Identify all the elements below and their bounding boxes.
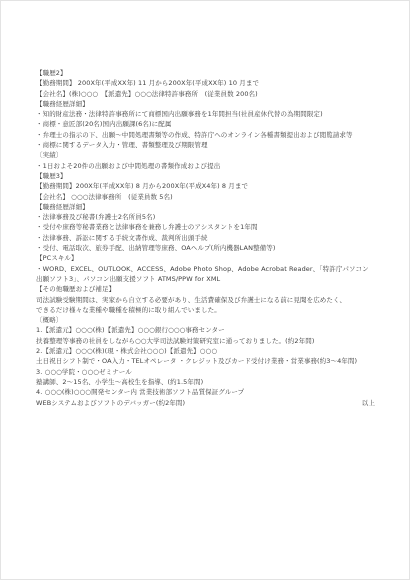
career2-result-item: ・1日およそ20件の出願および中間処理の書類作成および提出: [36, 161, 375, 171]
career3-heading: 【職歴3】: [36, 171, 375, 181]
pc-skill-body: ・WORD、EXCEL、OUTLOOK、ACCESS、Adobe Photo S…: [36, 264, 375, 285]
career3-period: 【勤務期間】200X年(平成XX年) 8 月から200X年(平成X4年) 8 月…: [36, 181, 375, 191]
other-heading: 【その他職歴および補足】: [36, 284, 375, 294]
career2-result-heading: 〔実績〕: [36, 150, 375, 160]
career3-detail-item: ・法律事務、訴訟に関する手続文書作成、裁判所出頭手続: [36, 233, 375, 243]
career3-detail-item: ・受付、電話取次、旅券手配、出納管理等庶務、OAヘルプ(所内機器LAN整備等): [36, 243, 375, 253]
outline-item-2-title: 2.【派遣元】○○○(株)(現・株式会社○○○)【派遣先】○○○: [36, 346, 375, 356]
outline-heading: 〔概略〕: [36, 315, 375, 325]
career3-detail-item: ・法律事務及び秘書(弁護士2名所員5名): [36, 212, 375, 222]
pc-skill-heading: 【PCスキル】: [36, 253, 375, 263]
career2-period: 【勤務期間】 200X年(平成XX年) 11 月から200X年(平成XX年) 1…: [36, 78, 375, 88]
outline-item-4-row: WEBシステムおよびソフトのデバッガー(約2年間) 以上: [36, 398, 375, 408]
career3-company: 【会社名】 ○○○法律事務所 (従業員数 5名): [36, 192, 375, 202]
outline-item-3-desc: 塾講師、2～15名、小学生～高校生を指導、(約1.5年間): [36, 377, 375, 387]
career2-detail-item: ・商標・意匠部(20名)国内出願課(6名)に配属: [36, 119, 375, 129]
section-pc-skill: 【PCスキル】 ・WORD、EXCEL、OUTLOOK、ACCESS、Adobe…: [36, 253, 375, 284]
career-history-document-page: 【職歴2】 【勤務期間】 200X年(平成XX年) 11 月から200X年(平成…: [0, 0, 410, 580]
outline-item-1-desc: 扶養整理等事務の社員をしながら○○大学司法試験対策研究室に通っておりました。(約…: [36, 336, 375, 346]
outline-item-4-title: 4. ○○○(株)○○○開発センター内 営業技術部ソフト品質保証グループ: [36, 387, 375, 397]
career3-detail-item: ・受付や庶務等秘書業務と法律事務を兼務し弁護士のアシスタントを1年間: [36, 222, 375, 232]
closing-mark: 以上: [362, 398, 375, 408]
career2-detail-item: ・弁理士の指示の下、出願～中間処理書類等の作成、特許庁へのオンライン各種書類提出…: [36, 130, 375, 140]
career2-detail-heading: 【職務経歴詳細】: [36, 99, 375, 109]
section-career3: 【職歴3】 【勤務期間】200X年(平成XX年) 8 月から200X年(平成X4…: [36, 171, 375, 253]
section-career2: 【職歴2】 【勤務期間】 200X年(平成XX年) 11 月から200X年(平成…: [36, 68, 375, 171]
career3-detail-heading: 【職務経歴詳細】: [36, 202, 375, 212]
career2-detail-item: ・知的財産法務・法律特許事務所にて商標国内出願事務を1年間担当(社員産休代替の為…: [36, 109, 375, 119]
section-other-history: 【その他職歴および補足】 司法試験受験期間は、実家から自立する必要があり、生活費…: [36, 284, 375, 408]
outline-item-2-desc: 土日祝日シフト制で・OA入力・TELオペレータ ・クレジット及びカード受付け業務…: [36, 356, 375, 366]
other-intro-line: できるだけ様々な業種や職種を積極的に取り組んでいました。: [36, 305, 375, 315]
career2-heading: 【職歴2】: [36, 68, 375, 78]
other-intro-line: 司法試験受験期間は、実家から自立する必要があり、生活費確保及び弁護士になる前に見…: [36, 295, 375, 305]
career2-company: 【会社名】(株)○○○ 【派遣先】○○○法律特許事務所 (従業員数 200名): [36, 89, 375, 99]
outline-item-3-title: 3. ○○○学院・○○○ゼミナール: [36, 367, 375, 377]
outline-item-1-title: 1.【派遣元】○○○(株)【派遣先】○○○銀行○○○事務センター: [36, 325, 375, 335]
outline-item-4-desc: WEBシステムおよびソフトのデバッガー(約2年間): [36, 398, 185, 408]
career2-detail-item: ・商標に関するデータ入力・管理、書類整理及び期限管理: [36, 140, 375, 150]
